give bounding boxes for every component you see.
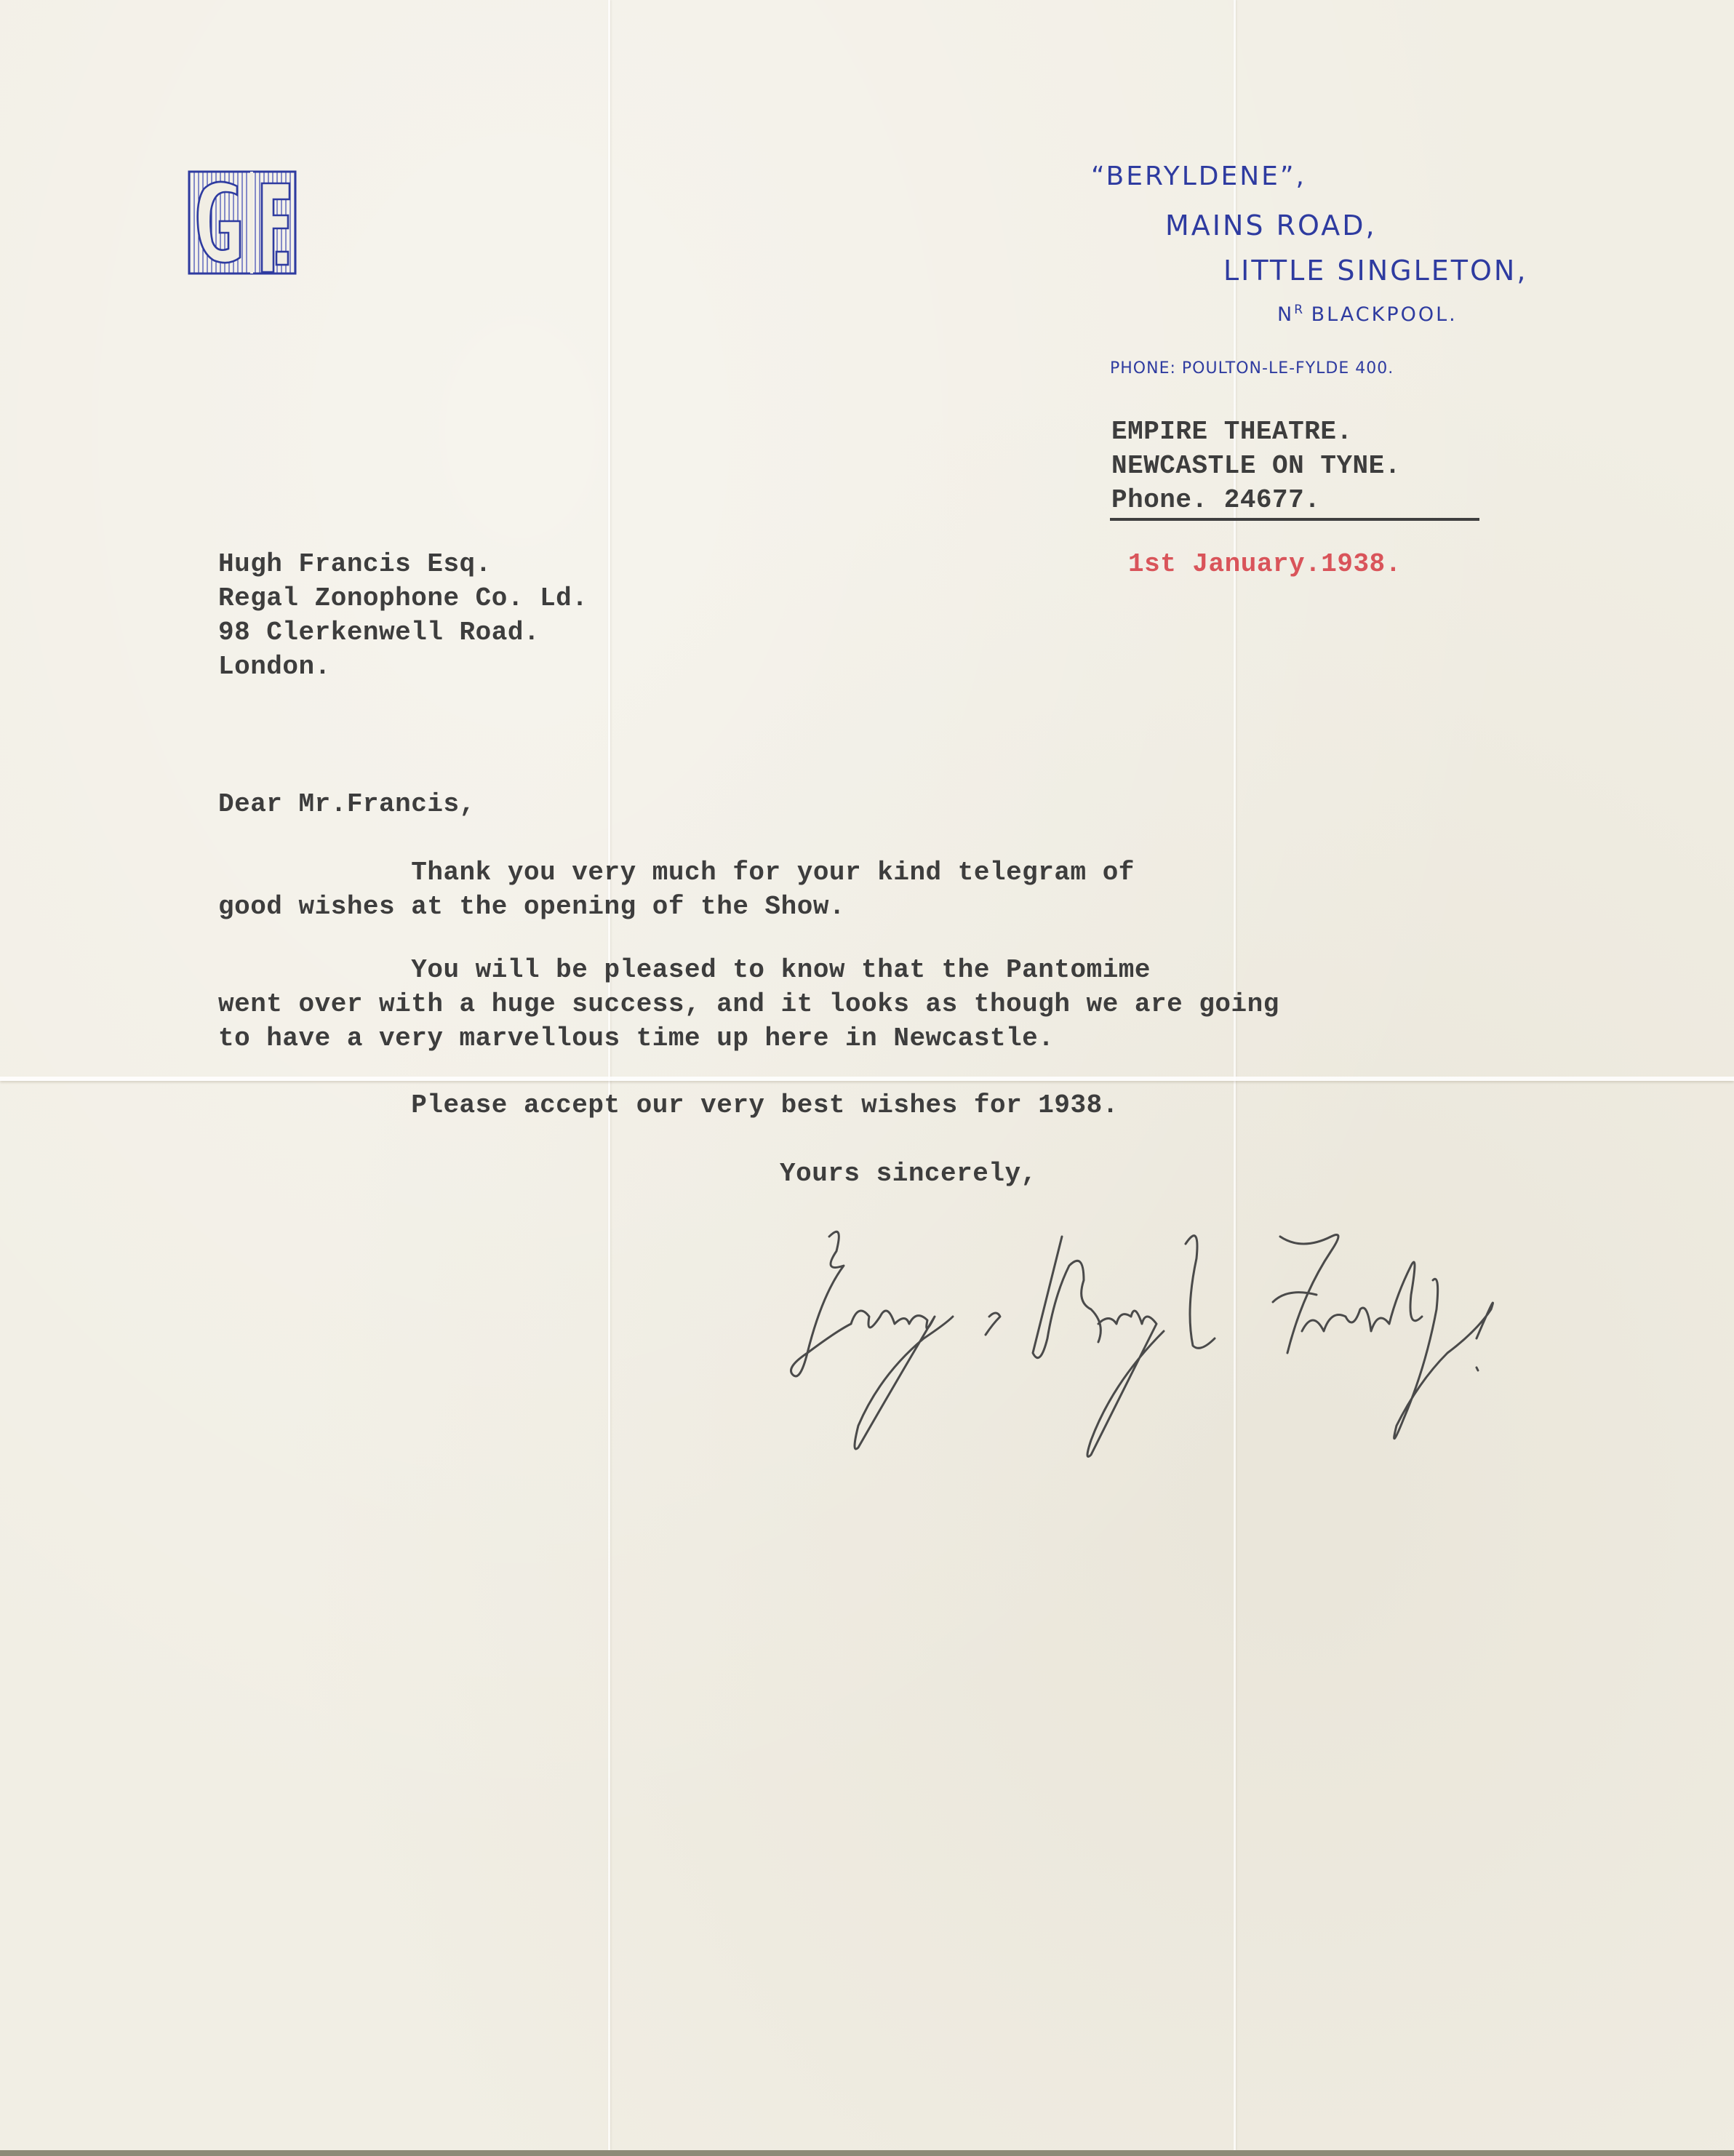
recipient-name: Hugh Francis Esq.	[218, 547, 588, 581]
venue-block: EMPIRE THEATRE.NEWCASTLE ON TYNE.Phone. …	[1111, 415, 1401, 517]
venue-line-2: NEWCASTLE ON TYNE.	[1111, 449, 1401, 483]
recipient-street: 98 Clerkenwell Road.	[218, 615, 588, 650]
letterhead-near: NR BLACKPOOL.	[1277, 303, 1458, 326]
letterhead-town: LITTLE SINGLETON,	[1223, 255, 1527, 287]
fold-line-vertical-left	[608, 0, 610, 2150]
letterhead-phone: PHONE: POULTON-LE-FYLDE 400.	[1110, 359, 1394, 378]
letter-page: GF “BERYLDENE”, MAINS ROAD, LITTLE SINGL…	[0, 0, 1734, 2156]
near-prefix: N	[1277, 303, 1294, 326]
scan-bottom-edge	[0, 2150, 1734, 2156]
venue-line-1: EMPIRE THEATRE.	[1111, 415, 1401, 449]
recipient-city: London.	[218, 650, 588, 684]
body-paragraph-2: You will be pleased to know that the Pan…	[218, 953, 1279, 1055]
fold-line-horizontal	[0, 1077, 1734, 1081]
near-superscript: R	[1294, 303, 1303, 317]
closing: Yours sincerely,	[780, 1157, 1037, 1191]
gf-monogram-logo: GF	[188, 170, 297, 275]
handwritten-signature: George & Beryl Formby	[778, 1207, 1506, 1469]
recipient-company: Regal Zonophone Co. Ld.	[218, 581, 588, 615]
fold-line-vertical-right	[1234, 0, 1236, 2150]
letterhead-road: MAINS ROAD,	[1165, 209, 1377, 241]
recipient-address: Hugh Francis Esq.Regal Zonophone Co. Ld.…	[218, 547, 588, 684]
body-paragraph-3: Please accept our very best wishes for 1…	[218, 1088, 1119, 1122]
venue-underline	[1110, 518, 1479, 521]
letterhead-house-name: “BERYLDENE”,	[1091, 161, 1306, 191]
venue-line-3: Phone. 24677.	[1111, 483, 1401, 517]
body-paragraph-1: Thank you very much for your kind telegr…	[218, 855, 1135, 924]
near-place: BLACKPOOL.	[1303, 303, 1458, 326]
salutation: Dear Mr.Francis,	[218, 787, 476, 821]
letter-date: 1st January.1938.	[1128, 547, 1402, 581]
